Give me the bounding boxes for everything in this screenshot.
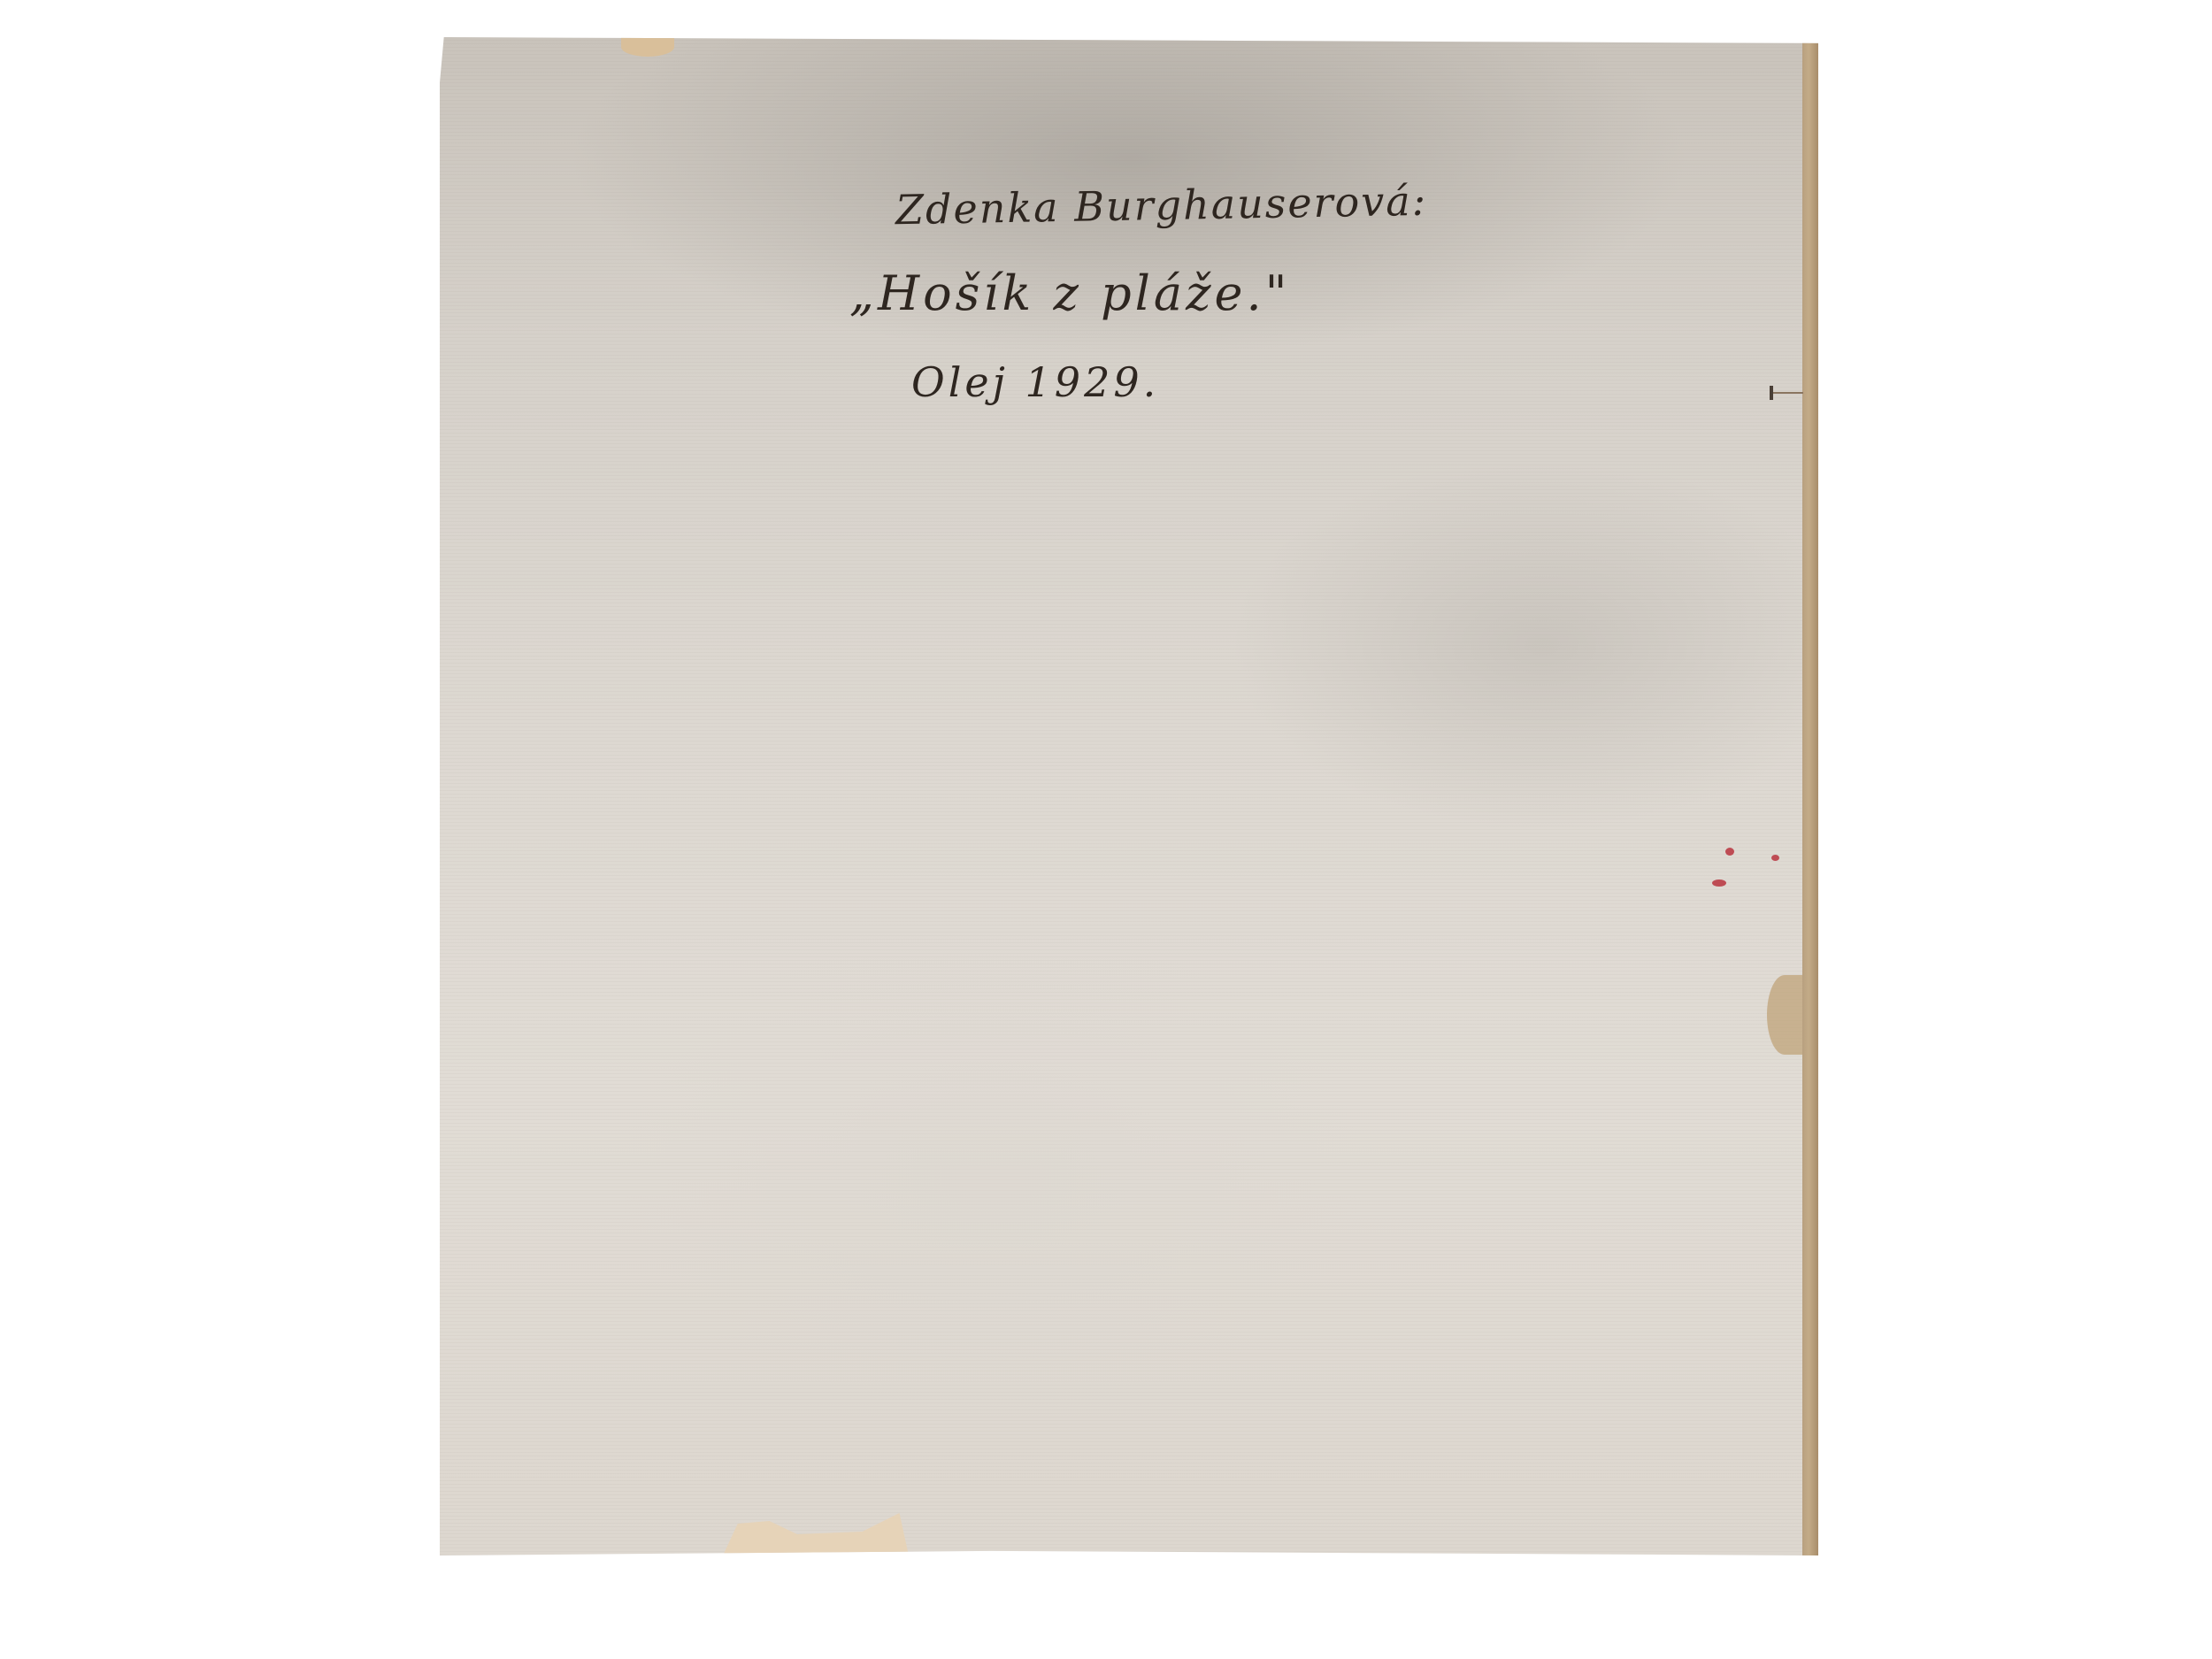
artwork-title: „Hošík z pláže." xyxy=(849,265,1291,321)
artist-name: Zdenka Burghauserová: xyxy=(895,177,1428,234)
handwritten-inscription: Zdenka Burghauserová: „Hošík z pláže." O… xyxy=(0,0,2212,1659)
medium-and-year: Olej 1929. xyxy=(911,358,1159,406)
